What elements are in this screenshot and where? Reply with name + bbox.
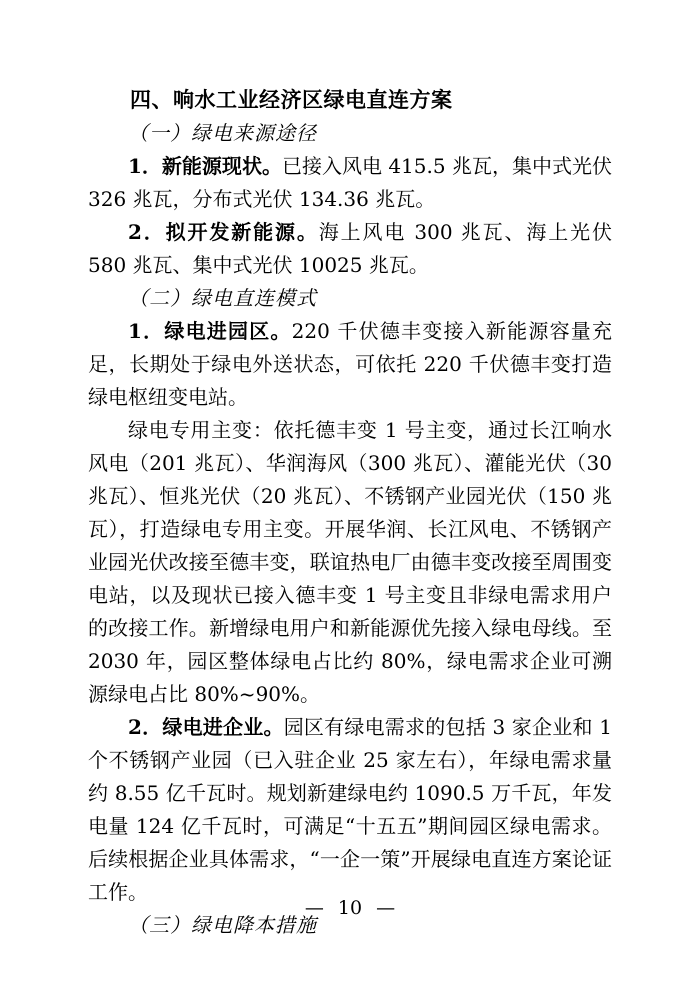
page-number: 10 [338,894,362,922]
paragraph-lead: 1．新能源现状。 [128,154,282,178]
paragraph-text: 园区有绿电需求的包括 3 家企业和 1 个不锈钢产业园（已入驻企业 25 家左右… [88,715,612,904]
paragraph-green-power-into-enterprises: 2．绿电进企业。园区有绿电需求的包括 3 家企业和 1 个不锈钢产业园（已入驻企… [88,711,612,909]
subsection-heading-direct-connection-modes: （二）绿电直连模式 [88,282,612,315]
footer-dash-left: — [305,897,324,919]
paragraph-new-energy-status: 1．新能源现状。已接入风电 415.5 兆瓦，集中式光伏 326 兆瓦，分布式光… [88,150,612,216]
footer-dash-right: — [376,897,395,919]
paragraph-lead: 2．拟开发新能源。 [128,220,319,244]
paragraph-dedicated-transformer: 绿电专用主变：依托德丰变 1 号主变，通过长江响水风电（201 兆瓦）、华润海风… [88,414,612,711]
document-content: 四、响水工业经济区绿电直连方案 （一）绿电来源途径 1．新能源现状。已接入风电 … [88,84,612,942]
paragraph-lead: 1．绿电进园区。 [128,319,292,343]
document-page: 四、响水工业经济区绿电直连方案 （一）绿电来源途径 1．新能源现状。已接入风电 … [0,0,700,990]
paragraph-text: 绿电专用主变：依托德丰变 1 号主变，通过长江响水风电（201 兆瓦）、华润海风… [88,418,612,706]
paragraph-planned-new-energy: 2．拟开发新能源。海上风电 300 兆瓦、海上光伏 580 兆瓦、集中式光伏 1… [88,216,612,282]
paragraph-lead: 2．绿电进企业。 [128,715,284,739]
paragraph-green-power-into-park: 1．绿电进园区。220 千伏德丰变接入新能源容量充足，长期处于绿电外送状态，可依… [88,315,612,414]
subsection-heading-green-power-sources: （一）绿电来源途径 [88,117,612,150]
page-footer: —10— [0,894,700,922]
section-heading: 四、响水工业经济区绿电直连方案 [88,84,612,117]
